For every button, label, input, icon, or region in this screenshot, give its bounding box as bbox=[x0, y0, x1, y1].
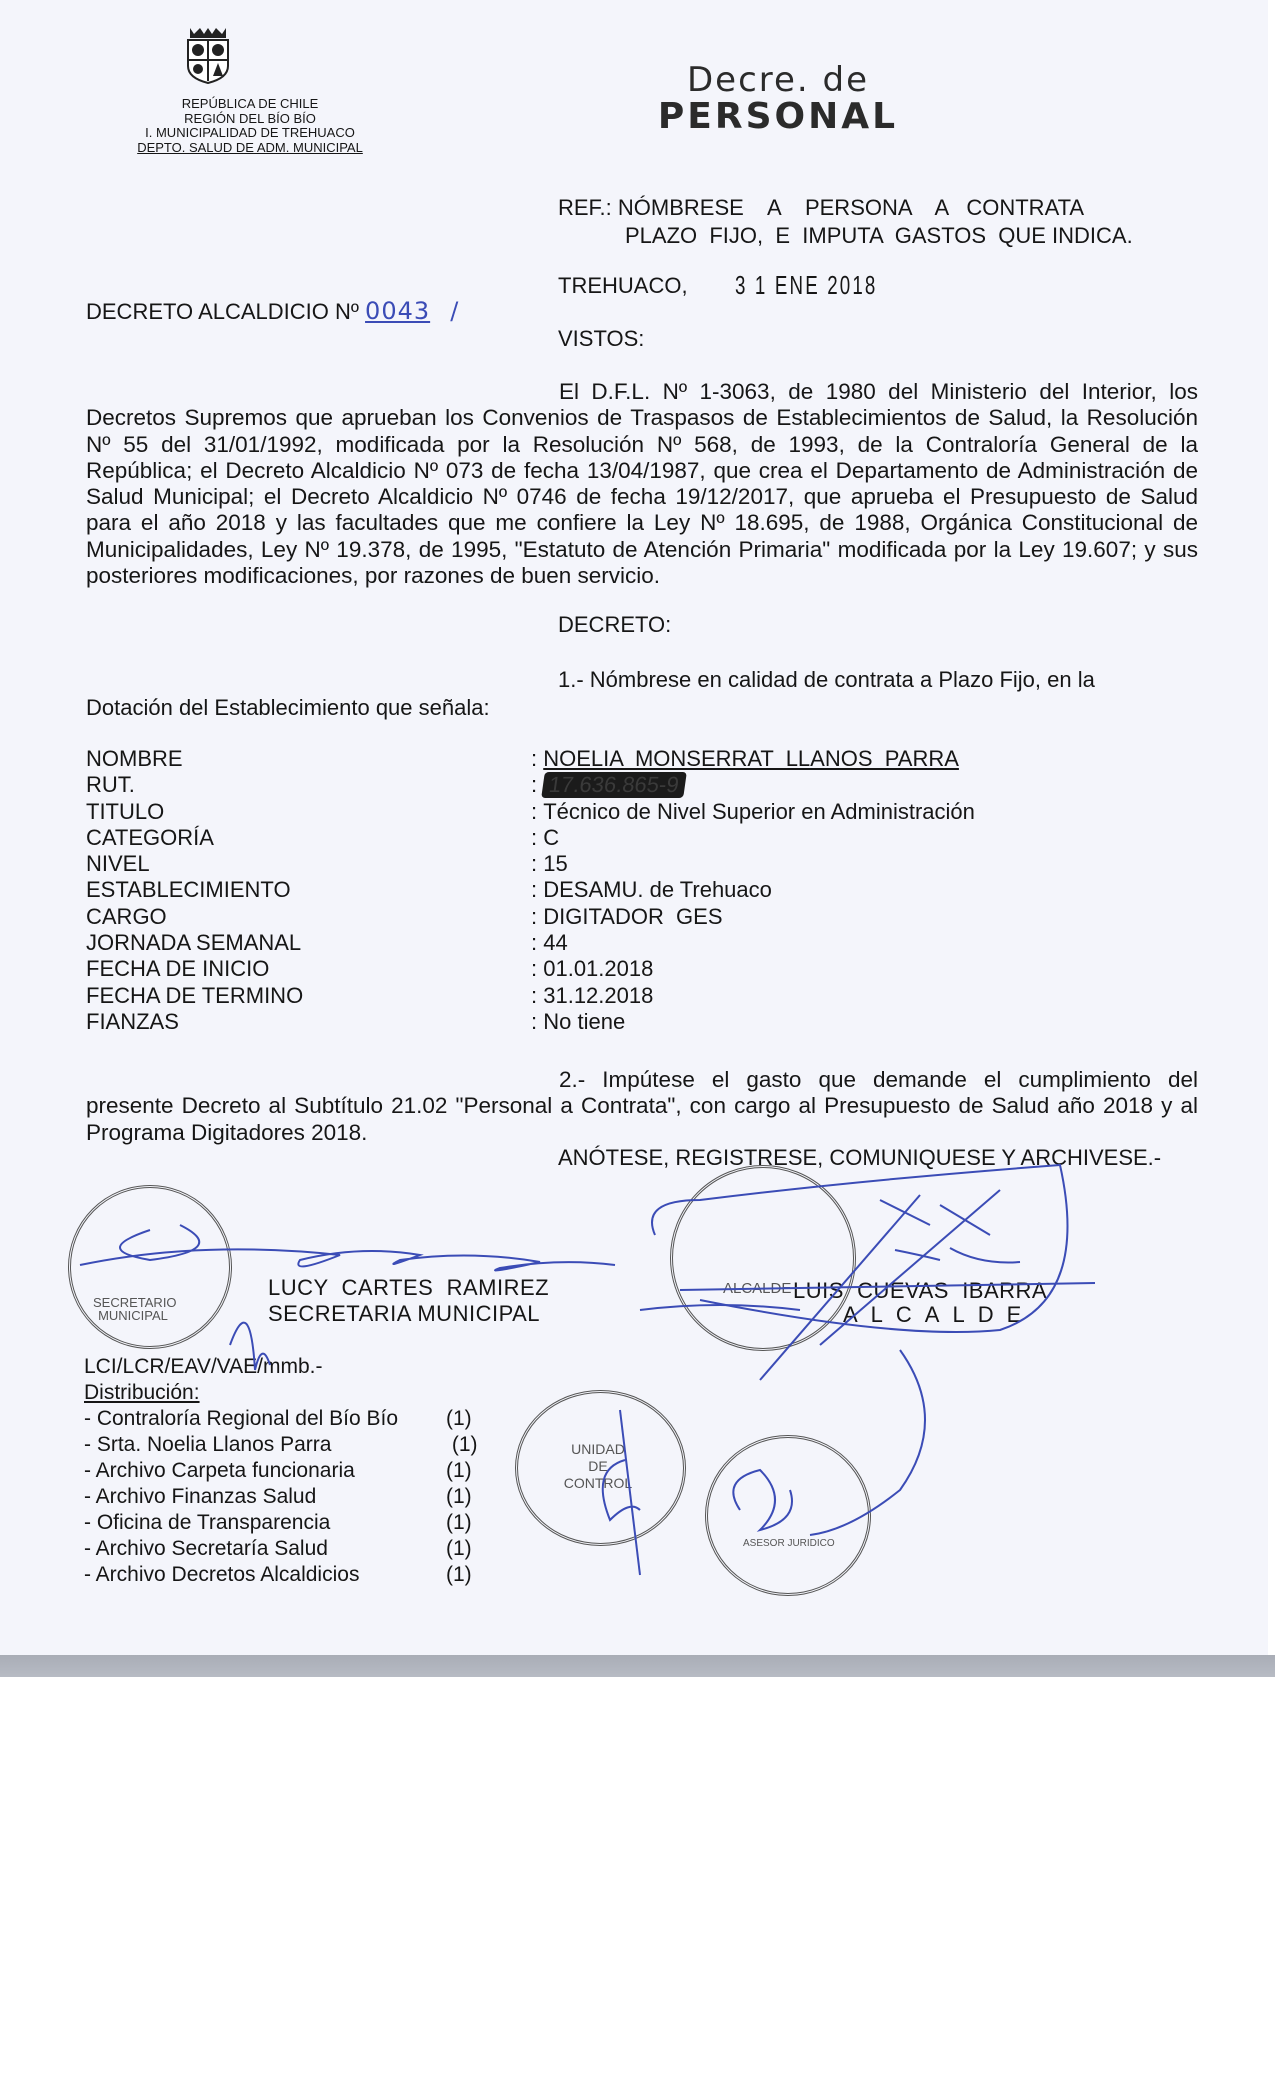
secretary-signature-block: LUCY CARTES RAMIREZ SECRETARIA MUNICIPAL bbox=[268, 1275, 549, 1327]
field-row: JORNADA SEMANAL: 44 bbox=[86, 930, 975, 956]
closing-formula: ANÓTESE, REGISTRESE, COMUNIQUESE Y ARCHI… bbox=[558, 1145, 1161, 1171]
vistos-paragraph: El D.F.L. Nº 1-3063, de 1980 del Ministe… bbox=[86, 379, 1198, 589]
field-colon: : bbox=[531, 956, 543, 982]
distribution-heading: Distribución: bbox=[84, 1380, 478, 1406]
field-label: ESTABLECIMIENTO bbox=[86, 877, 531, 903]
appointment-fields: NOMBRE: NOELIA MONSERRAT LLANOS PARRARUT… bbox=[86, 746, 975, 1035]
field-value: Técnico de Nivel Superior en Administrac… bbox=[543, 799, 975, 825]
field-value: No tiene bbox=[543, 1009, 625, 1035]
distribution-list: Distribución: - Contraloría Regional del… bbox=[84, 1380, 478, 1588]
field-value: DIGITADOR GES bbox=[543, 904, 722, 930]
decree-number: DECRETO ALCALDICIO Nº 0043 / bbox=[86, 297, 459, 325]
field-colon: : bbox=[531, 825, 543, 851]
field-row: NOMBRE: NOELIA MONSERRAT LLANOS PARRA bbox=[86, 746, 975, 772]
field-value: DESAMU. de Trehuaco bbox=[543, 877, 772, 903]
field-colon: : bbox=[531, 851, 543, 877]
distribution-recipient: - Oficina de Transparencia bbox=[84, 1510, 446, 1536]
seal-text: DE bbox=[558, 1458, 638, 1475]
seal-text: ALCALDE bbox=[723, 1280, 791, 1297]
distribution-item: - Archivo Secretaría Salud(1) bbox=[84, 1536, 478, 1562]
decree-type-stamp: Decre. de PERSONAL bbox=[628, 60, 928, 137]
secretary-seal: SECRETARIO MUNICIPAL bbox=[68, 1185, 232, 1349]
article-2-paragraph: 2.- Impútese el gasto que demande el cum… bbox=[86, 1067, 1198, 1146]
field-colon: : bbox=[531, 904, 543, 930]
field-colon: : bbox=[531, 1009, 543, 1035]
field-label: JORNADA SEMANAL bbox=[86, 930, 531, 956]
field-row: FECHA DE TERMINO: 31.12.2018 bbox=[86, 983, 975, 1009]
field-row: FIANZAS: No tiene bbox=[86, 1009, 975, 1035]
field-colon: : bbox=[531, 799, 543, 825]
distribution-recipient: - Archivo Decretos Alcaldicios bbox=[84, 1562, 446, 1588]
field-label: TITULO bbox=[86, 799, 531, 825]
decree-number-suffix: / bbox=[450, 297, 459, 325]
field-row: ESTABLECIMIENTO: DESAMU. de Trehuaco bbox=[86, 877, 975, 903]
distribution-recipient: - Archivo Finanzas Salud bbox=[84, 1484, 446, 1510]
field-label: CATEGORÍA bbox=[86, 825, 531, 851]
field-value: 44 bbox=[543, 930, 567, 956]
field-row: CATEGORÍA: C bbox=[86, 825, 975, 851]
field-row: NIVEL: 15 bbox=[86, 851, 975, 877]
decree-number-label: DECRETO ALCALDICIO Nº bbox=[86, 299, 359, 324]
reference-line-1: REF.: NÓMBRESE A PERSONA A CONTRATA bbox=[558, 194, 1133, 222]
distribution-quantity: (1) bbox=[446, 1484, 472, 1510]
distribution-item: - Archivo Carpeta funcionaria(1) bbox=[84, 1458, 478, 1484]
header-line-country: REPÚBLICA DE CHILE bbox=[100, 97, 400, 112]
field-colon: : bbox=[531, 983, 543, 1009]
field-label: CARGO bbox=[86, 904, 531, 930]
document-page: REPÚBLICA DE CHILE REGIÓN DEL BÍO BÍO I.… bbox=[0, 0, 1268, 1655]
reference-line-2: PLAZO FIJO, E IMPUTA GASTOS QUE INDICA. bbox=[558, 222, 1133, 250]
seal-text: ASESOR JURIDICO bbox=[743, 1538, 835, 1549]
header-line-municipality: I. MUNICIPALIDAD DE TREHUACO bbox=[100, 126, 400, 141]
field-row: FECHA DE INICIO: 01.01.2018 bbox=[86, 956, 975, 982]
seal-text: MUNICIPAL bbox=[93, 1309, 173, 1322]
field-value: C bbox=[543, 825, 559, 851]
signatory-title: SECRETARIA MUNICIPAL bbox=[268, 1301, 549, 1327]
distribution-item: - Oficina de Transparencia(1) bbox=[84, 1510, 478, 1536]
reference-block: REF.: NÓMBRESE A PERSONA A CONTRATA PLAZ… bbox=[558, 194, 1133, 250]
signatory-name: LUCY CARTES RAMIREZ bbox=[268, 1275, 549, 1301]
field-label: FECHA DE INICIO bbox=[86, 956, 531, 982]
distribution-item: - Archivo Finanzas Salud(1) bbox=[84, 1484, 478, 1510]
institution-header: REPÚBLICA DE CHILE REGIÓN DEL BÍO BÍO I.… bbox=[100, 97, 400, 155]
distribution-quantity: (1) bbox=[446, 1406, 472, 1432]
mayor-signature-block: LUIS CUEVAS IBARRA ALCALDE bbox=[793, 1279, 1047, 1327]
seal-text: CONTROL bbox=[558, 1475, 638, 1492]
field-value: 15 bbox=[543, 851, 567, 877]
distribution-item: - Contraloría Regional del Bío Bío(1) bbox=[84, 1406, 478, 1432]
field-colon: : bbox=[531, 746, 543, 772]
control-unit-seal: UNIDAD DE CONTROL bbox=[515, 1390, 686, 1546]
distribution-quantity: (1) bbox=[446, 1510, 472, 1536]
place-label: TREHUACO, bbox=[558, 273, 688, 299]
distribution-item: - Srta. Noelia Llanos Parra (1) bbox=[84, 1432, 478, 1458]
decree-number-handwritten: 0043 bbox=[365, 297, 430, 325]
scan-bottom-edge bbox=[0, 1655, 1275, 1677]
distribution-recipient: - Srta. Noelia Llanos Parra bbox=[84, 1432, 446, 1458]
signatory-name: LUIS CUEVAS IBARRA bbox=[793, 1279, 1047, 1303]
field-value: 01.01.2018 bbox=[543, 956, 653, 982]
field-row: CARGO: DIGITADOR GES bbox=[86, 904, 975, 930]
redacted-rut-value: 17.636.865-9 bbox=[541, 772, 686, 798]
field-colon: : bbox=[531, 930, 543, 956]
distribution-recipient: - Archivo Carpeta funcionaria bbox=[84, 1458, 446, 1484]
field-value: 31.12.2018 bbox=[543, 983, 653, 1009]
drafter-initials: LCI/LCR/EAV/VAE/mmb.- bbox=[84, 1355, 322, 1379]
distribution-recipient: - Archivo Secretaría Salud bbox=[84, 1536, 446, 1562]
field-colon: : bbox=[531, 877, 543, 903]
field-label: FECHA DE TERMINO bbox=[86, 983, 531, 1009]
vistos-heading: VISTOS: bbox=[558, 326, 644, 352]
field-label: NIVEL bbox=[86, 851, 531, 877]
seal-text: UNIDAD bbox=[558, 1441, 638, 1458]
distribution-quantity: (1) bbox=[446, 1562, 472, 1588]
field-label: FIANZAS bbox=[86, 1009, 531, 1035]
signatory-title: ALCALDE bbox=[793, 1303, 1047, 1327]
field-label: RUT. bbox=[86, 772, 531, 798]
stamp-line-1: Decre. de bbox=[628, 60, 928, 100]
distribution-quantity: (1) bbox=[446, 1458, 472, 1484]
field-label: NOMBRE bbox=[86, 746, 531, 772]
distribution-item: - Archivo Decretos Alcaldicios(1) bbox=[84, 1562, 478, 1588]
municipal-coat-of-arms-icon bbox=[182, 26, 234, 84]
article-1-line-2: Dotación del Establecimiento que señala: bbox=[86, 695, 490, 721]
legal-advisor-seal: ASESOR JURIDICO bbox=[705, 1435, 871, 1596]
header-line-region: REGIÓN DEL BÍO BÍO bbox=[100, 112, 400, 127]
decreto-heading: DECRETO: bbox=[558, 612, 671, 638]
field-row: RUT.: 17.636.865-9 bbox=[86, 772, 975, 798]
distribution-quantity: (1) bbox=[446, 1432, 478, 1458]
article-1-line-1: 1.- Nómbrese en calidad de contrata a Pl… bbox=[558, 667, 1095, 693]
field-value: NOELIA MONSERRAT LLANOS PARRA bbox=[543, 746, 959, 772]
distribution-recipient: - Contraloría Regional del Bío Bío bbox=[84, 1406, 446, 1432]
distribution-quantity: (1) bbox=[446, 1536, 472, 1562]
stamp-line-2: PERSONAL bbox=[628, 96, 928, 137]
field-row: TITULO: Técnico de Nivel Superior en Adm… bbox=[86, 799, 975, 825]
header-line-department: DEPTO. SALUD DE ADM. MUNICIPAL bbox=[100, 141, 400, 156]
date-stamp: 3 1 ENE 2018 bbox=[735, 270, 877, 301]
